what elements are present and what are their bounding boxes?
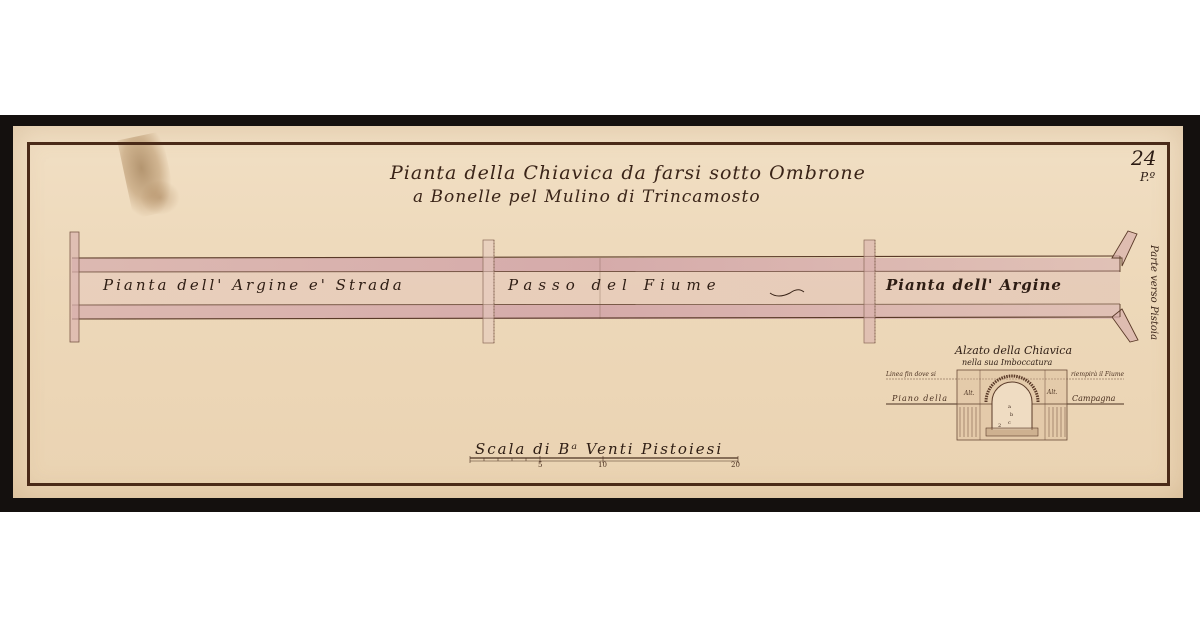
svg-text:c: c	[1008, 420, 1011, 426]
elevation-drawing: a b c 2	[886, 370, 1124, 440]
scale-tick-20: 20	[731, 461, 740, 469]
elevation-subtitle: nella sua Imboccatura	[962, 358, 1052, 367]
scale-title: Scala di Bᵃ Venti Pistoiesi	[475, 440, 723, 458]
section-label-river-passage: Passo del Fiume	[508, 276, 722, 294]
fill-line-label-right: riempirà il Fiume	[1071, 371, 1124, 378]
fill-line-label-left: Linea fin dove si	[886, 371, 936, 378]
height-label-right: Alt.	[1047, 389, 1058, 396]
plan-drawing: a b c 2	[0, 0, 1200, 628]
svg-text:2: 2	[998, 423, 1001, 429]
height-label-left: Alt.	[964, 390, 975, 397]
section-label-embankment: Pianta dell' Argine	[886, 276, 1062, 294]
elevation-title: Alzato della Chiavica	[955, 344, 1072, 357]
left-end-bar	[70, 232, 79, 342]
svg-text:a: a	[1008, 404, 1011, 410]
ground-label-right: Campagna	[1072, 394, 1115, 403]
section-label-embankment-road: Pianta dell' Argine e' Strada	[103, 276, 405, 294]
scale-tick-5: 5	[538, 461, 542, 469]
svg-text:b: b	[1010, 412, 1013, 418]
scale-tick-10: 10	[598, 461, 607, 469]
ground-label-left: Piano della	[892, 394, 948, 403]
